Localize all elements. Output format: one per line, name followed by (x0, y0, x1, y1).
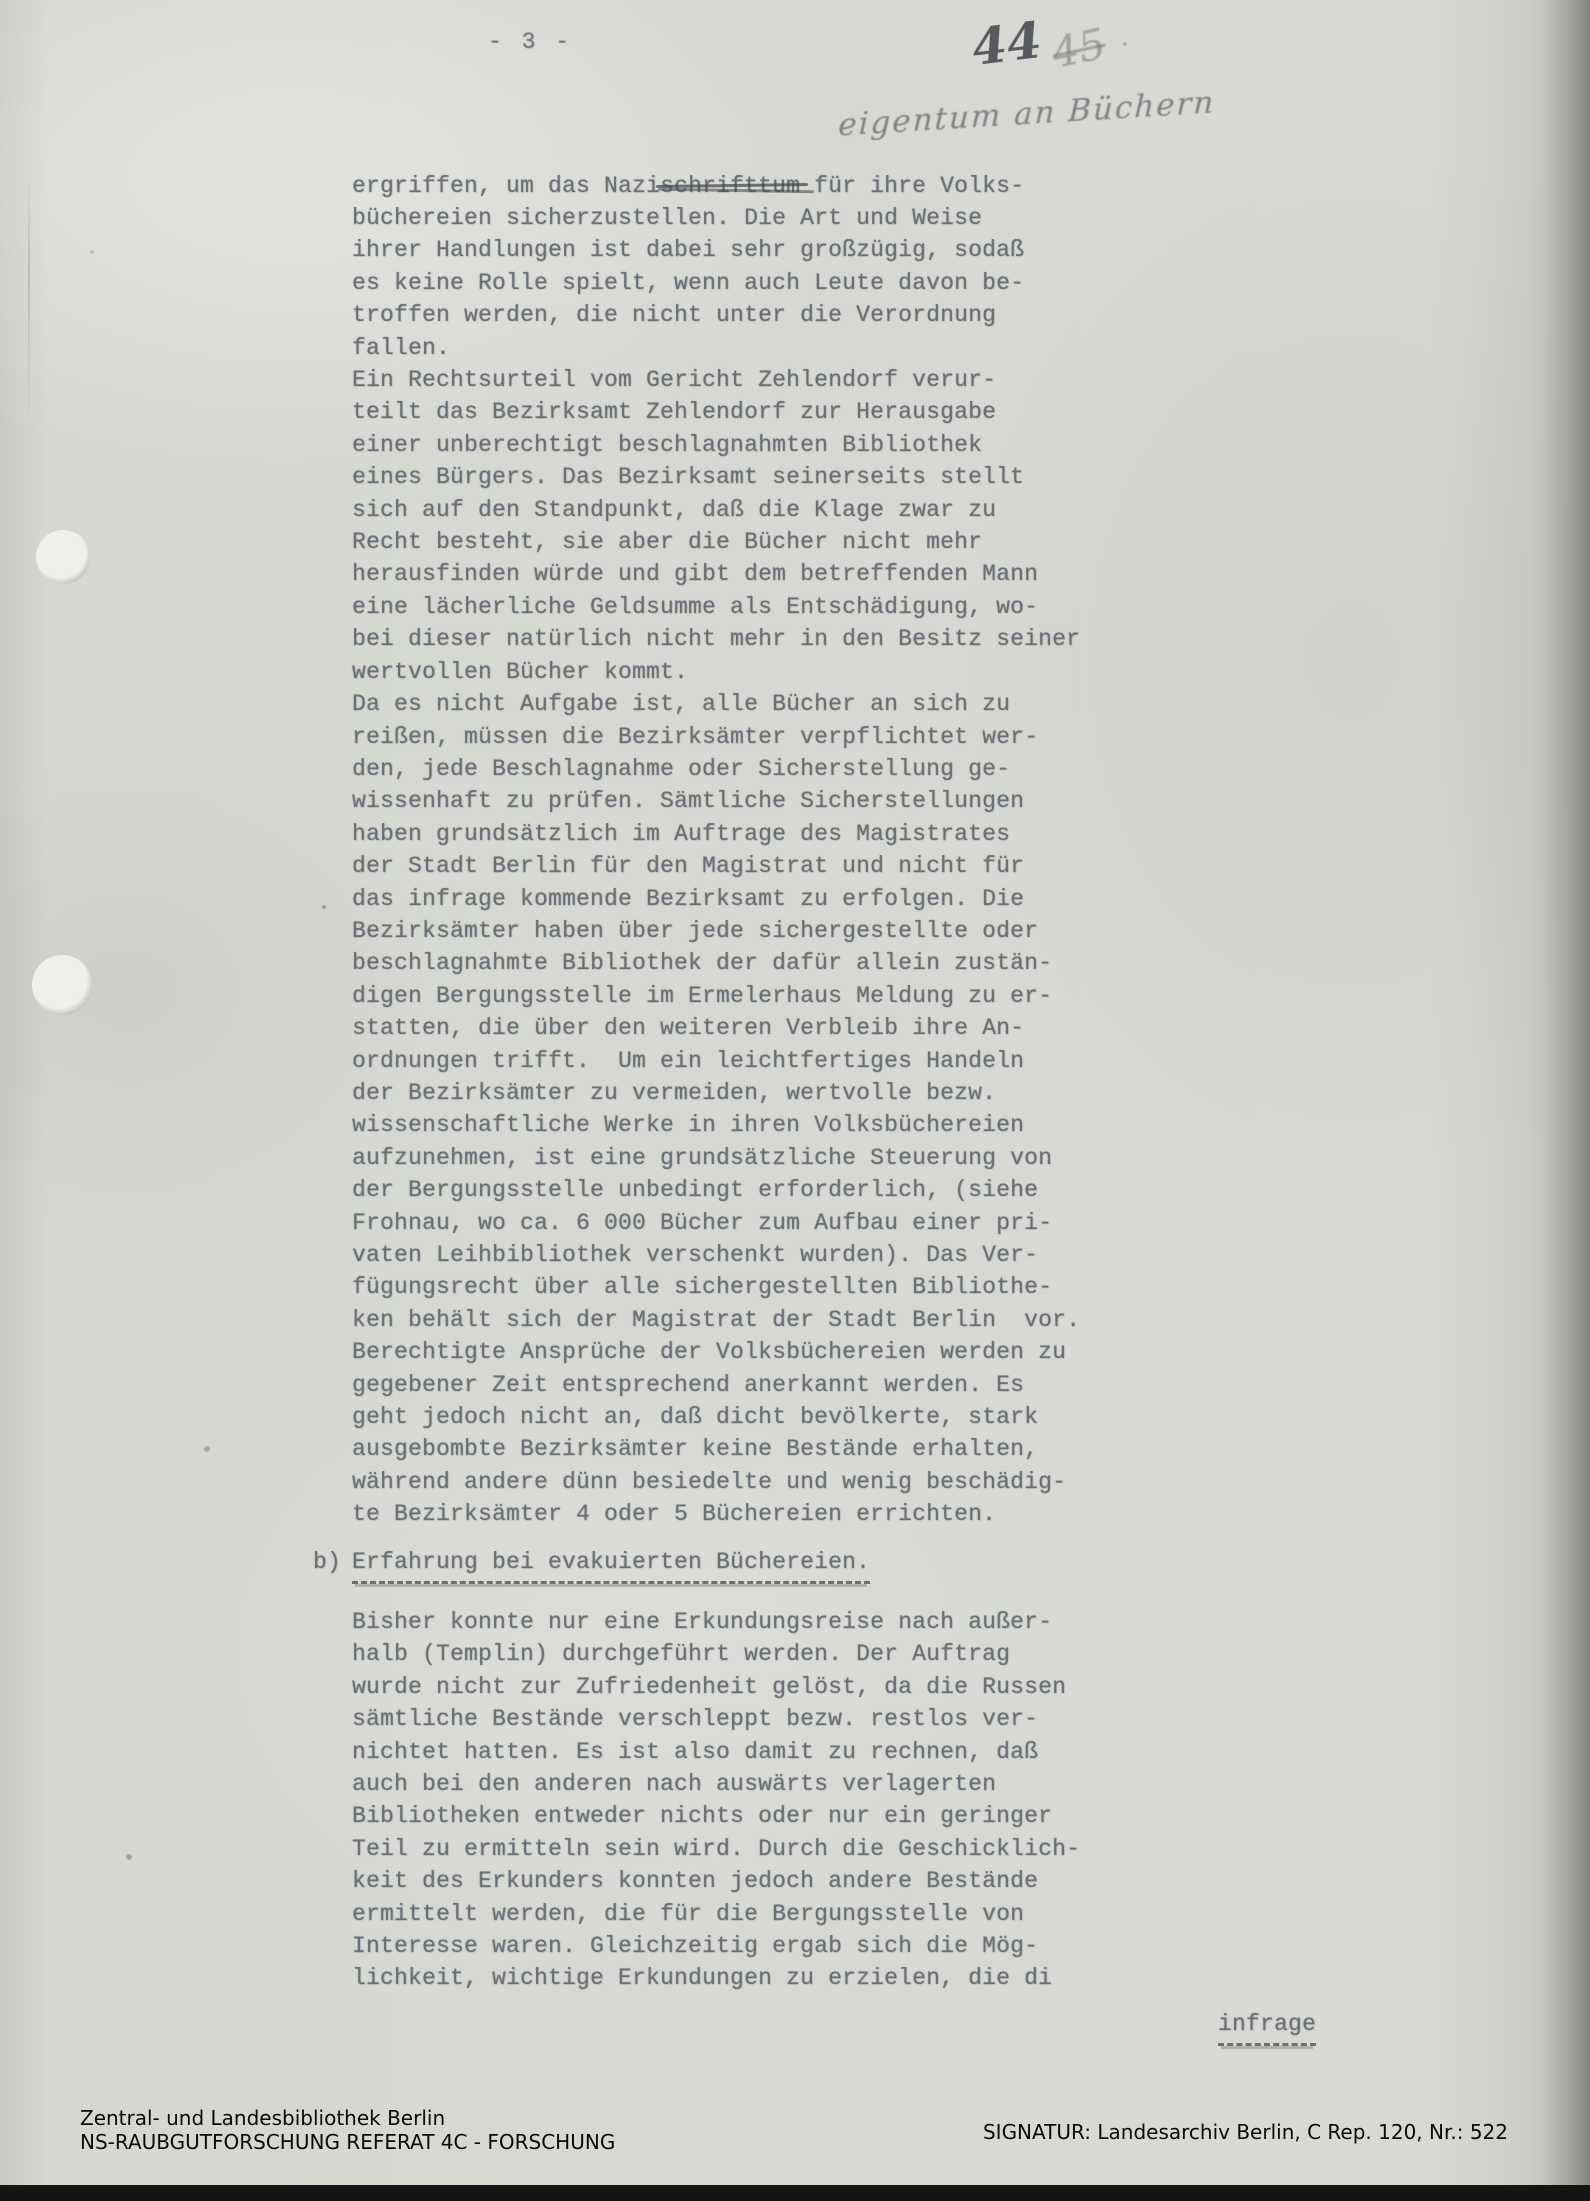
paper-speck (322, 905, 326, 909)
section-b-heading: Erfahrung bei evakuierten Büchereien. (352, 1546, 870, 1584)
body-line-1-pre: ergriffen, um das Nazi (352, 173, 660, 199)
folio-number-struck: 45 (1047, 19, 1109, 78)
struck-word: schrifttum (660, 173, 800, 199)
scan-edge-bar (0, 2185, 1590, 2201)
footer-department: NS-RAUBGUTFORSCHUNG REFERAT 4C - FORSCHU… (80, 2130, 615, 2154)
section-b-marker: b) (313, 1546, 341, 1578)
scanned-document-page: - 3 - 44 45 eigentum an Büchern ergriffe… (0, 0, 1590, 2201)
body-line-1: ergriffen, um das Nazischrifttum für ihr… (352, 170, 1024, 202)
footer-signature: SIGNATUR: Landesarchiv Berlin, C Rep. 12… (983, 2120, 1508, 2144)
handwritten-annotation: eigentum an Büchern (838, 84, 1216, 143)
folio-number: 44 (969, 10, 1045, 77)
punch-hole-top (36, 530, 90, 584)
page-edge-shadow (1544, 0, 1590, 2201)
body-paragraph-a: büchereien sicherzustellen. Die Art und … (352, 202, 1080, 1531)
catchword: infrage (1218, 2008, 1316, 2046)
paper-crease (28, 170, 30, 430)
punch-hole-bottom (32, 955, 92, 1015)
footer-institution: Zentral- und Landesbibliothek Berlin (80, 2106, 445, 2130)
body-line-1-post: für ihre Volks- (800, 173, 1024, 199)
page-number: - 3 - (488, 26, 572, 58)
catchword-text: infrage (1218, 2008, 1316, 2046)
section-b-heading-text: Erfahrung bei evakuierten Büchereien. (352, 1546, 870, 1584)
body-paragraph-b: Bisher konnte nur eine Erkundungsreise n… (352, 1606, 1080, 1995)
